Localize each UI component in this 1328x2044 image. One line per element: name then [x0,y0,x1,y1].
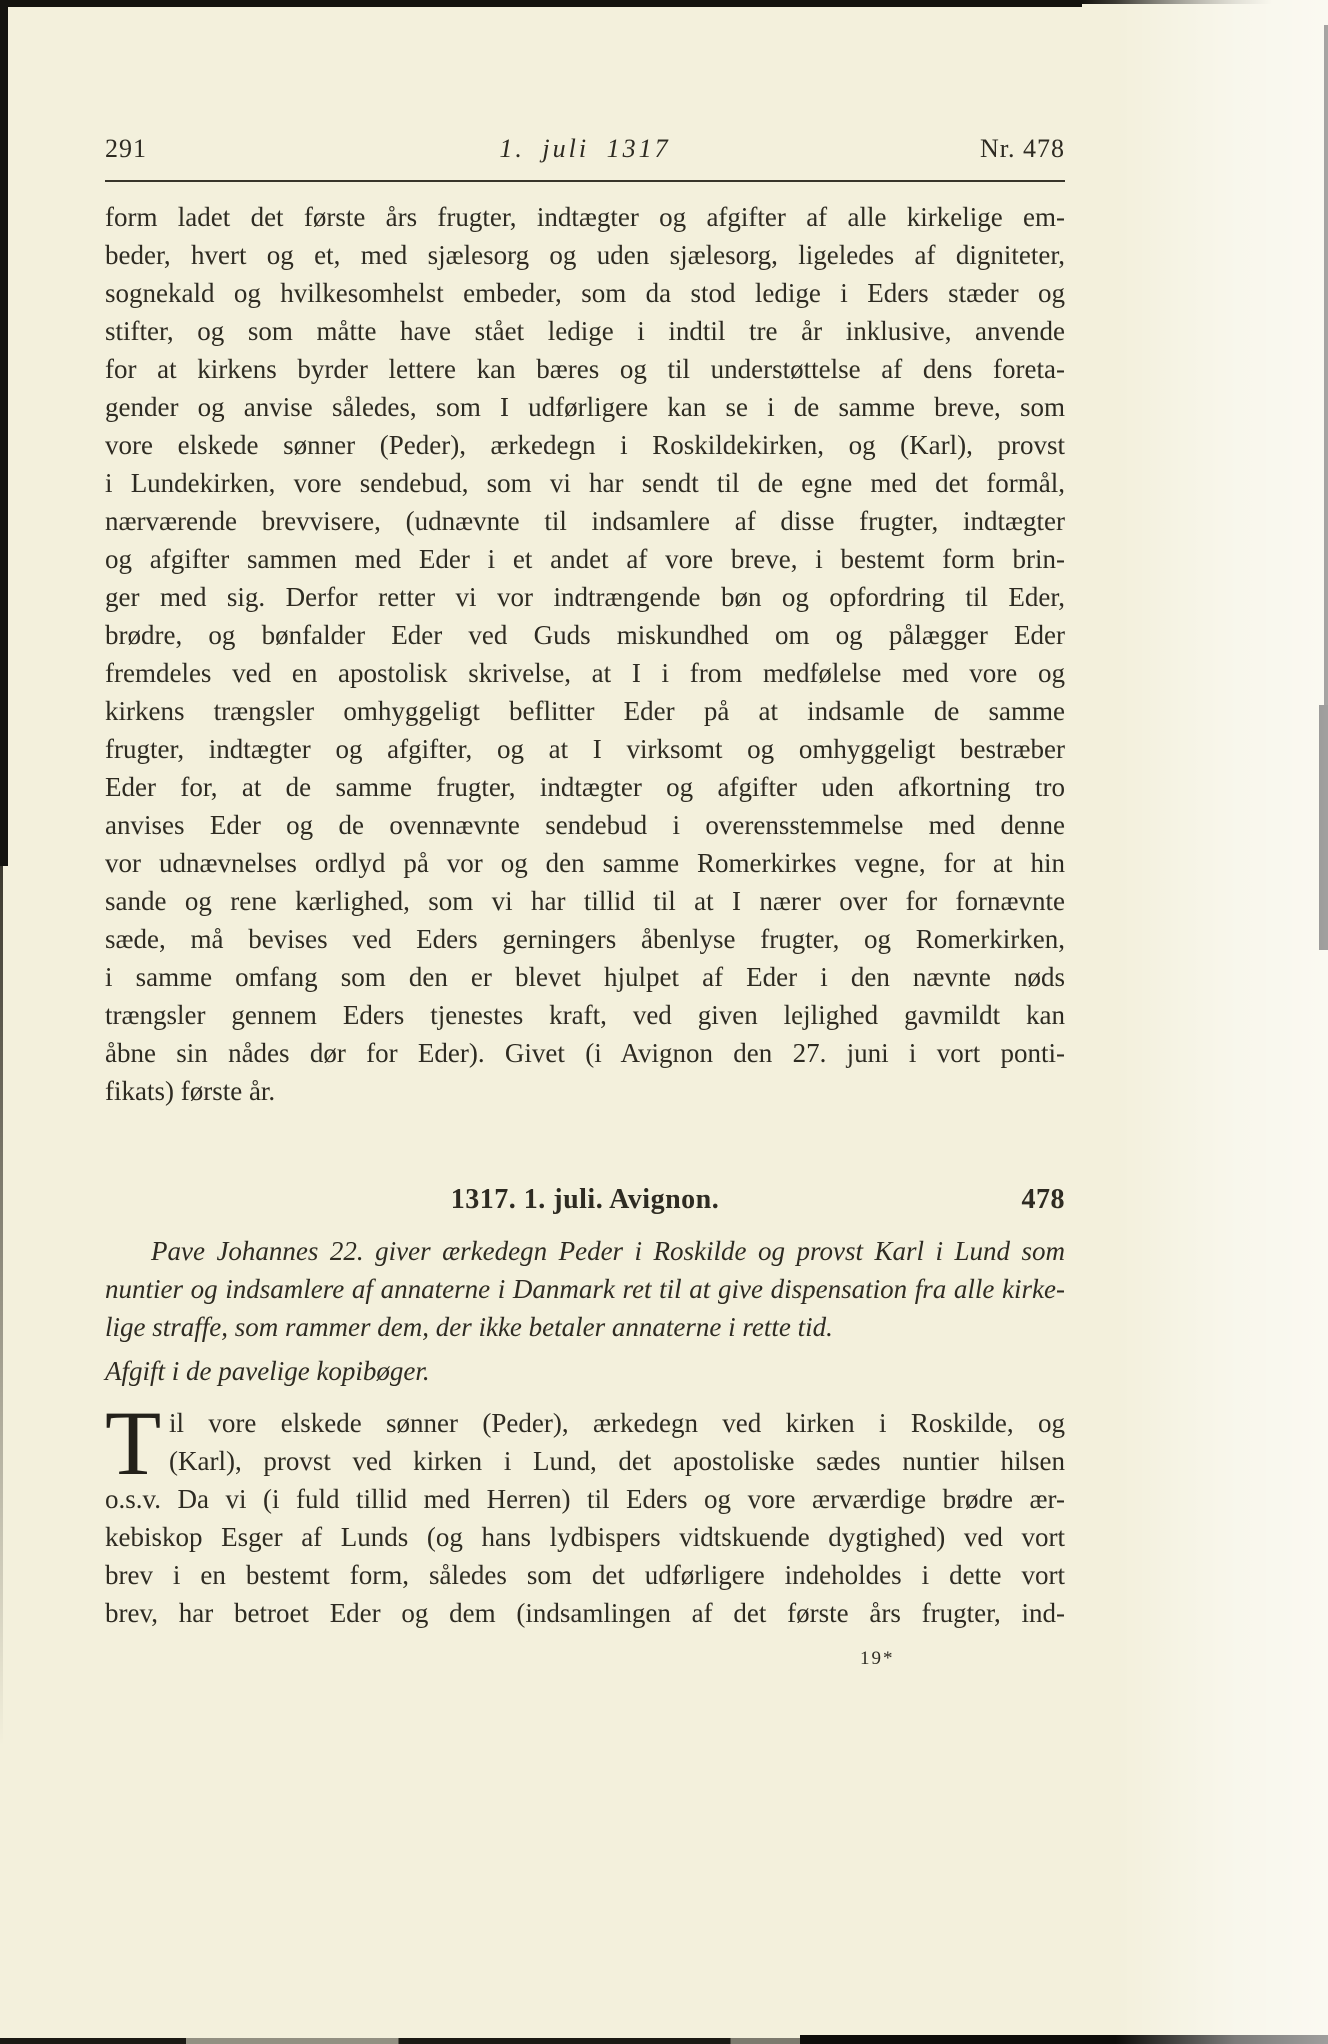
entry-heading: 1317. 1. juli. Avignon. 478 [105,1184,1065,1224]
text-line: brev, har betroet Eder og dem (indsamlin… [105,1594,1065,1632]
text-line: brev i en bestemt form, således som det … [105,1556,1065,1594]
entry-letter-text: T il vore elskede sønner (Peder), ærkede… [105,1404,1065,1632]
text-line: sande og rene kærlighed, som vi har till… [105,882,1065,920]
text-line: Pave Johannes 22. giver ærkedegn Peder i… [105,1232,1065,1270]
entry-heading-date: 1317. 1. juli. Avignon. [451,1184,719,1215]
text-line: gender og anvise således, som I udførlig… [105,388,1065,426]
scan-edge-bottom-blob [800,2035,1328,2044]
text-line: anvises Eder og de ovennævnte sendebud i… [105,806,1065,844]
source-note: Afgift i de pavelige kopibøger. [105,1352,1065,1390]
scan-edge-top [0,0,1082,7]
text-line: Eder for, at de samme frugter, indtægter… [105,768,1065,806]
text-line: for at kirkens byrder lettere kan bæres … [105,350,1065,388]
letter-translation-continued: form ladet det første års frugter, indtæ… [105,198,1065,1110]
text-line: beder, hvert og et, med sjælesorg og ude… [105,236,1065,274]
text-line: form ladet det første års frugter, indtæ… [105,198,1065,236]
text-line: nuntier og indsamlere af annaterne i Dan… [105,1270,1065,1308]
document-number: Nr. 478 [865,134,1065,164]
text-line: brødre, og bønfalder Eder ved Guds misku… [105,616,1065,654]
scan-edge-top-fade [1082,0,1272,4]
text-line: ger med sig. Derfor retter vi vor indtræ… [105,578,1065,616]
scan-edge-left-fade [0,866,3,1746]
drop-cap-initial: T [105,1406,161,1480]
text-line: fremdeles ved en apostolisk skrivelse, a… [105,654,1065,692]
text-line: og afgifter sammen med Eder i et andet a… [105,540,1065,578]
running-title-date: 1. juli 1317 [305,134,865,164]
text-line: åbne sin nådes dør for Eder). Givet (i A… [105,1034,1065,1072]
entry-number: 478 [1022,1184,1066,1216]
text-line: frugter, indtægter og afgifter, og at I … [105,730,1065,768]
scan-edge-right [1324,25,1328,705]
scan-edge-right-blob [1319,705,1328,950]
text-line: sognekald og hvilkesomhelst embeder, som… [105,274,1065,312]
text-line: kebiskop Esger af Lunds (og hans lydbisp… [105,1518,1065,1556]
page-number: 291 [105,134,305,164]
text-line: il vore elskede sønner (Peder), ærkedegn… [105,1404,1065,1442]
text-line: vore elskede sønner (Peder), ærkedegn i … [105,426,1065,464]
text-line: nærværende brevvisere, (udnævnte til ind… [105,502,1065,540]
scan-edge-left [0,0,8,866]
text-line: lige straffe, som rammer dem, der ikke b… [105,1308,1065,1346]
text-line: i Lundekirken, vore sendebud, som vi har… [105,464,1065,502]
signature-mark: 19* [860,1648,895,1670]
book-page: 291 1. juli 1317 Nr. 478 form ladet det … [0,0,1328,2044]
text-line: (Karl), provst ved kirken i Lund, det ap… [105,1442,1065,1480]
running-head: 291 1. juli 1317 Nr. 478 [105,134,1065,182]
text-line: kirkens trængsler omhyggeligt beflitter … [105,692,1065,730]
letter-lines: il vore elskede sønner (Peder), ærkedegn… [105,1404,1065,1632]
source-note-text: Afgift i de pavelige kopibøger. [105,1356,430,1386]
text-line: vor udnævnelses ordlyd på vor og den sam… [105,844,1065,882]
entry-regest: Pave Johannes 22. giver ærkedegn Peder i… [105,1232,1065,1346]
text-line: sæde, må bevises ved Eders gerningers åb… [105,920,1065,958]
text-line: fikats) første år. [105,1072,1065,1110]
text-line: o.s.v. Da vi (i fuld tillid med Herren) … [105,1480,1065,1518]
text-line: stifter, og som måtte have stået ledige … [105,312,1065,350]
text-line: i samme omfang som den er blevet hjulpet… [105,958,1065,996]
text-line: trængsler gennem Eders tjenestes kraft, … [105,996,1065,1034]
